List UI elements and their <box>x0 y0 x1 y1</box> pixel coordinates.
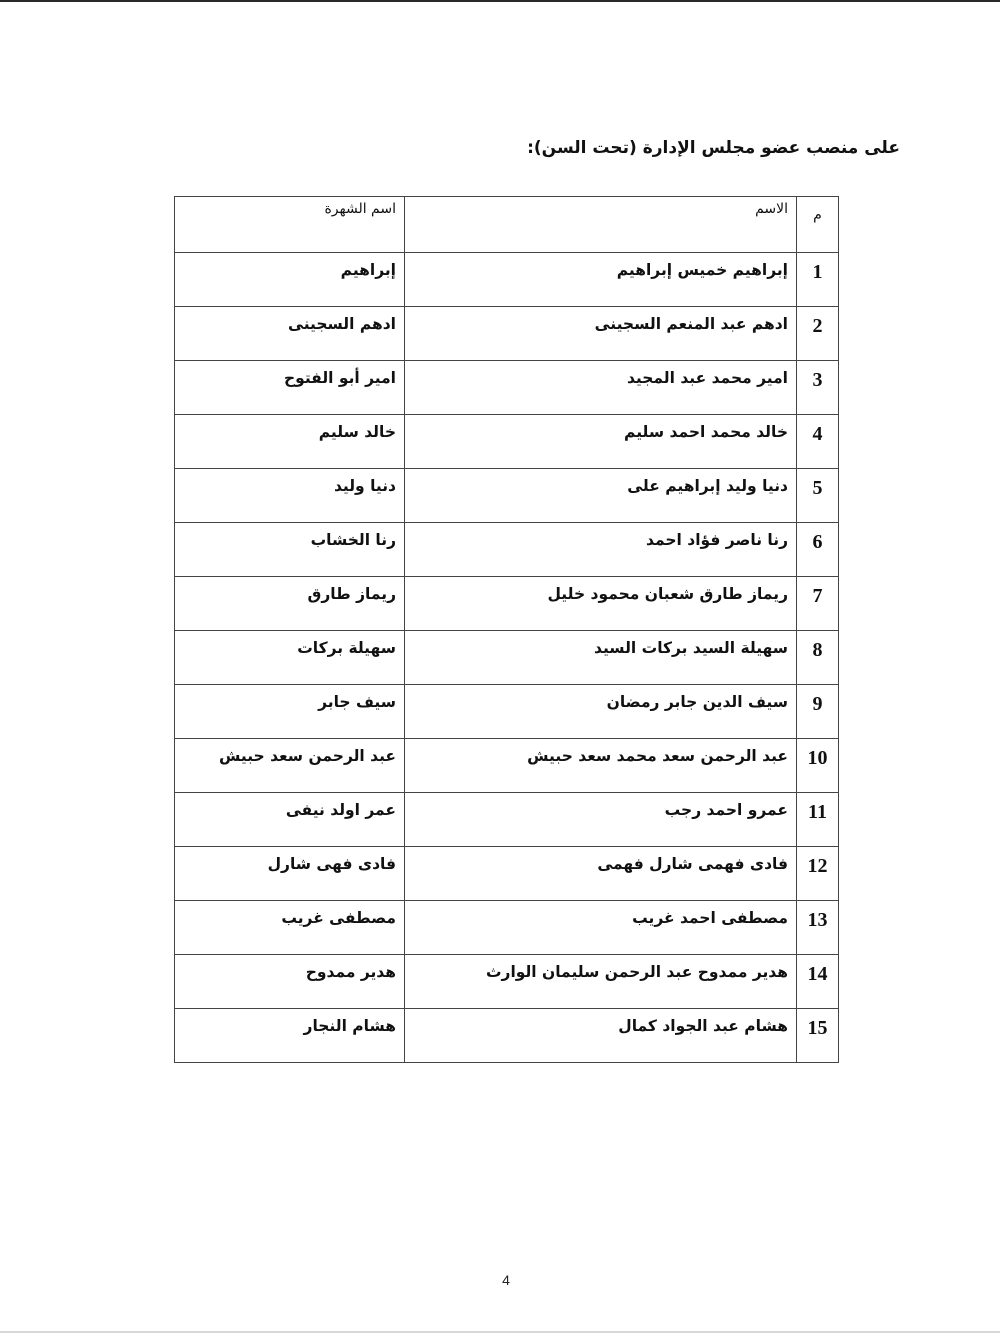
table-row: 8 سهيلة السيد بركات السيد سهيلة بركات <box>175 631 839 685</box>
row-fame-name: فادى فهى شارل <box>175 847 405 901</box>
row-name: عبد الرحمن سعد محمد سعد حبيش <box>405 739 797 793</box>
table-row: 12 فادى فهمى شارل فهمى فادى فهى شارل <box>175 847 839 901</box>
table-row: 7 ريماز طارق شعبان محمود خليل ريماز طارق <box>175 577 839 631</box>
row-name: هشام عبد الجواد كمال <box>405 1009 797 1063</box>
header-fame-name: اسم الشهرة <box>175 197 405 253</box>
row-name: عمرو احمد رجب <box>405 793 797 847</box>
row-name: ادهم عبد المنعم السجينى <box>405 307 797 361</box>
table-row: 10 عبد الرحمن سعد محمد سعد حبيش عبد الرح… <box>175 739 839 793</box>
row-name: سيف الدين جابر رمضان <box>405 685 797 739</box>
row-fame-name: ريماز طارق <box>175 577 405 631</box>
row-num: 12 <box>797 847 839 901</box>
row-fame-name: سيف جابر <box>175 685 405 739</box>
row-name: خالد محمد احمد سليم <box>405 415 797 469</box>
row-fame-name: مصطفى غريب <box>175 901 405 955</box>
row-name: سهيلة السيد بركات السيد <box>405 631 797 685</box>
row-fame-name: عمر اولد نيفى <box>175 793 405 847</box>
top-border <box>0 0 1000 2</box>
row-name: ريماز طارق شعبان محمود خليل <box>405 577 797 631</box>
row-fame-name: امير أبو الفتوح <box>175 361 405 415</box>
table-row: 13 مصطفى احمد غريب مصطفى غريب <box>175 901 839 955</box>
row-fame-name: رنا الخشاب <box>175 523 405 577</box>
row-num: 10 <box>797 739 839 793</box>
row-num: 7 <box>797 577 839 631</box>
row-num: 14 <box>797 955 839 1009</box>
table-row: 1 إبراهيم خميس إبراهيم إبراهيم <box>175 253 839 307</box>
table-row: 6 رنا ناصر فؤاد احمد رنا الخشاب <box>175 523 839 577</box>
row-num: 3 <box>797 361 839 415</box>
row-name: فادى فهمى شارل فهمى <box>405 847 797 901</box>
table-row: 14 هدير ممدوح عبد الرحمن سليمان الوارث ه… <box>175 955 839 1009</box>
table-row: 2 ادهم عبد المنعم السجينى ادهم السجينى <box>175 307 839 361</box>
header-num: م <box>797 197 839 253</box>
row-name: مصطفى احمد غريب <box>405 901 797 955</box>
row-num: 9 <box>797 685 839 739</box>
row-num: 15 <box>797 1009 839 1063</box>
table-row: 5 دنيا وليد إبراهيم على دنيا وليد <box>175 469 839 523</box>
table-row: 9 سيف الدين جابر رمضان سيف جابر <box>175 685 839 739</box>
row-num: 6 <box>797 523 839 577</box>
row-fame-name: خالد سليم <box>175 415 405 469</box>
candidates-table: م الاسم اسم الشهرة 1 إبراهيم خميس إبراهي… <box>174 196 839 1063</box>
row-num: 11 <box>797 793 839 847</box>
table-header-row: م الاسم اسم الشهرة <box>175 197 839 253</box>
page-number: 4 <box>0 1272 1000 1288</box>
row-fame-name: هشام النجار <box>175 1009 405 1063</box>
row-name: رنا ناصر فؤاد احمد <box>405 523 797 577</box>
row-fame-name: إبراهيم <box>175 253 405 307</box>
row-fame-name: عبد الرحمن سعد حبيش <box>175 739 405 793</box>
row-num: 8 <box>797 631 839 685</box>
row-num: 13 <box>797 901 839 955</box>
table-row: 4 خالد محمد احمد سليم خالد سليم <box>175 415 839 469</box>
row-num: 2 <box>797 307 839 361</box>
row-name: امير محمد عبد المجيد <box>405 361 797 415</box>
table-row: 11 عمرو احمد رجب عمر اولد نيفى <box>175 793 839 847</box>
row-num: 1 <box>797 253 839 307</box>
page-heading: على منصب عضو مجلس الإدارة (تحت السن): <box>527 138 900 158</box>
row-fame-name: دنيا وليد <box>175 469 405 523</box>
row-fame-name: هدير ممدوح <box>175 955 405 1009</box>
row-fame-name: سهيلة بركات <box>175 631 405 685</box>
table-row: 15 هشام عبد الجواد كمال هشام النجار <box>175 1009 839 1063</box>
header-name: الاسم <box>405 197 797 253</box>
row-fame-name: ادهم السجينى <box>175 307 405 361</box>
row-name: هدير ممدوح عبد الرحمن سليمان الوارث <box>405 955 797 1009</box>
row-num: 4 <box>797 415 839 469</box>
table-row: 3 امير محمد عبد المجيد امير أبو الفتوح <box>175 361 839 415</box>
row-name: دنيا وليد إبراهيم على <box>405 469 797 523</box>
row-name: إبراهيم خميس إبراهيم <box>405 253 797 307</box>
row-num: 5 <box>797 469 839 523</box>
